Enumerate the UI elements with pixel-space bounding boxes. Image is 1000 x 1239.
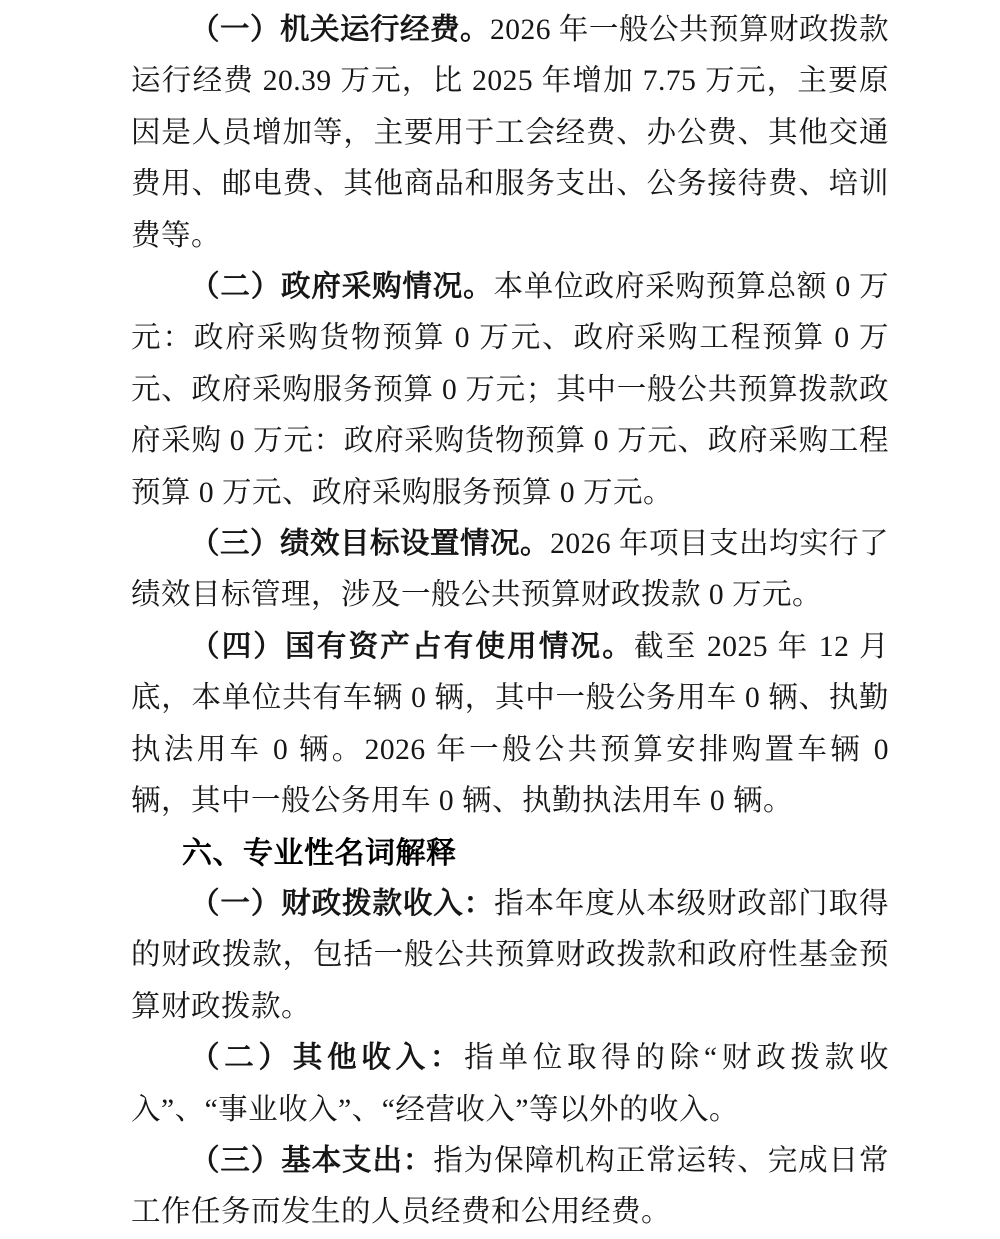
paragraph-label: （二）其他收入：	[190, 1042, 464, 1053]
paragraph-label: （四）国有资产占有使用情况。	[190, 631, 634, 663]
document-page: （一）机关运行经费。2026 年一般公共预算财政拨款运行经费 20.39 万元，…	[0, 0, 1000, 1053]
paragraph-other-income: （二）其他收入：指单位取得的除“财政拨款收入”、“事业收入”、“经营收入”等以外…	[131, 1033, 889, 1053]
paragraph-state-owned-assets: （四）国有资产占有使用情况。截至 2025 年 12 月底，本单位共有车辆 0 …	[131, 622, 889, 828]
paragraph-performance-targets: （三）绩效目标设置情况。2026 年项目支出均实行了绩效目标管理，涉及一般公共预…	[131, 519, 889, 622]
section-heading-terminology: 六、专业性名词解释	[131, 828, 889, 879]
paragraph-fiscal-appropriation-income: （一）财政拨款收入：指本年度从本级财政部门取得的财政拨款，包括一般公共预算财政拨…	[131, 879, 889, 1033]
paragraph-label: （一）财政拨款收入：	[190, 888, 494, 920]
paragraph-label: （二）政府采购情况。	[190, 271, 493, 303]
paragraph-text: 2026 年一般公共预算财政拨款运行经费 20.39 万元，比 2025 年增加…	[131, 14, 889, 252]
paragraph-label: （三）绩效目标设置情况。	[190, 528, 550, 560]
paragraph-office-operating-expenses: （一）机关运行经费。2026 年一般公共预算财政拨款运行经费 20.39 万元，…	[131, 5, 889, 262]
paragraph-text: 本单位政府采购预算总额 0 万元：政府采购货物预算 0 万元、政府采购工程预算 …	[131, 271, 889, 509]
paragraph-label: （一）机关运行经费。	[190, 14, 490, 46]
paragraph-government-procurement: （二）政府采购情况。本单位政府采购预算总额 0 万元：政府采购货物预算 0 万元…	[131, 262, 889, 519]
